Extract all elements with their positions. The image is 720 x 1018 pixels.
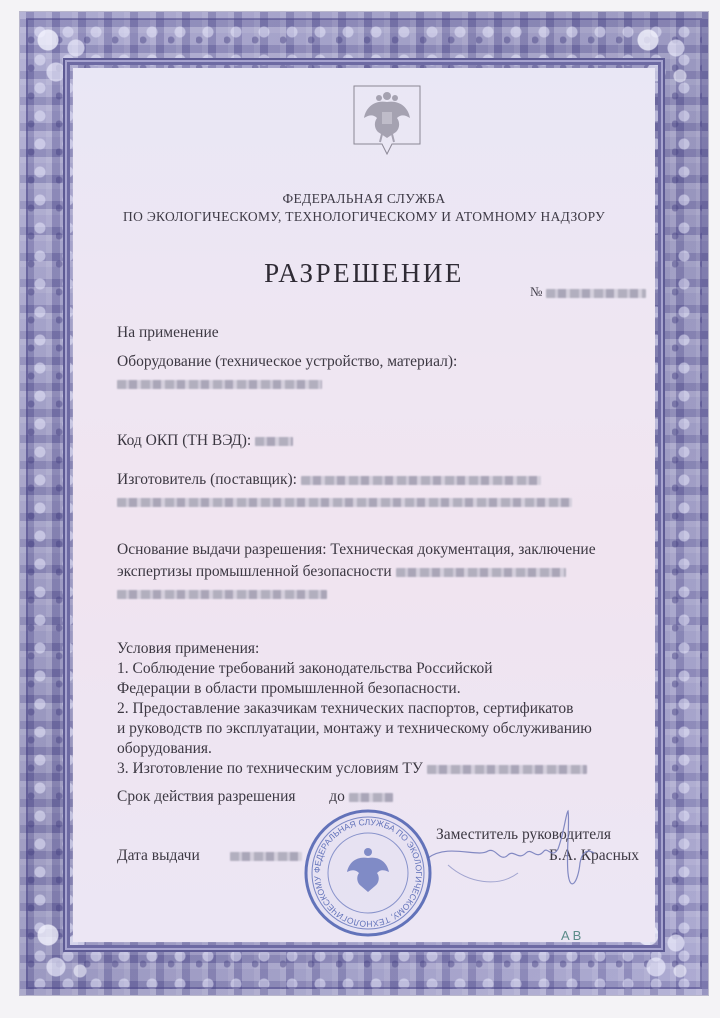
validity-row: Срок действия разрешения до [117,788,393,806]
condition-3: 3. Изготовление по техническим условиям … [117,760,587,778]
manufacturer-label: Изготовитель (поставщик): [117,471,297,488]
basis-line3 [117,585,327,603]
redacted-equipment [117,380,322,389]
okp-code-row: Код ОКП (ТН ВЭД): [117,432,293,450]
condition-1a: 1. Соблюдение требований законодательств… [117,660,493,678]
document-number: № [530,284,646,300]
condition-2c: оборудования. [117,740,212,758]
redacted-okp [255,437,293,446]
certificate-body: ФЕДЕРАЛЬНАЯ СЛУЖБА ПО ЭКОЛОГИЧЕСКОМУ, ТЕ… [73,68,655,942]
serial-number: АВ [561,928,655,942]
purpose-label: На применение [117,324,219,342]
manufacturer-address [117,493,572,511]
issue-date-row: Дата выдачи [117,847,302,865]
condition-2a: 2. Предоставление заказчикам технических… [117,700,573,718]
agency-name-line1: ФЕДЕРАЛЬНАЯ СЛУЖБА [73,191,655,207]
redacted-issue-date [230,852,302,861]
condition-1b: Федерации в области промышленной безопас… [117,680,461,698]
basis-line1: Основание выдачи разрешения: Техническая… [117,541,596,559]
redacted-expertise-number [117,590,327,599]
equipment-value [117,375,322,393]
manufacturer-row: Изготовитель (поставщик): [117,471,541,489]
redacted-validity-date [349,793,393,802]
redacted-tu-number [427,765,587,774]
basis-line2: экспертизы промышленной безопасности [117,563,566,581]
serial-series: АВ [561,928,584,942]
redacted-address [117,498,572,507]
official-seal-icon: ФЕДЕРАЛЬНАЯ СЛУЖБА ПО ЭКОЛОГИЧЕСКОМУ, ТЕ… [303,808,433,938]
redacted-expert-org [396,568,566,577]
condition-2b: и руководств по эксплуатации, монтажу и … [117,720,592,738]
conditions-title: Условия применения: [117,640,259,658]
basis-line2-text: экспертизы промышленной безопасности [117,563,392,580]
number-sign: № [530,284,542,299]
okp-label: Код ОКП (ТН ВЭД): [117,432,251,449]
redacted-number [546,289,646,298]
redacted-manufacturer [301,476,541,485]
signature-icon [418,803,608,913]
equipment-label: Оборудование (техническое устройство, ма… [117,353,457,371]
certificate-border: ФЕДЕРАЛЬНАЯ СЛУЖБА ПО ЭКОЛОГИЧЕСКОМУ, ТЕ… [20,12,708,995]
validity-until: до [329,788,345,805]
agency-name-line2: ПО ЭКОЛОГИЧЕСКОМУ, ТЕХНОЛОГИЧЕСКОМУ И АТ… [73,209,655,225]
issue-date-label: Дата выдачи [117,847,200,864]
coat-of-arms-icon [352,84,422,157]
validity-label: Срок действия разрешения [117,788,296,805]
condition-3-text: 3. Изготовление по техническим условиям … [117,760,423,777]
